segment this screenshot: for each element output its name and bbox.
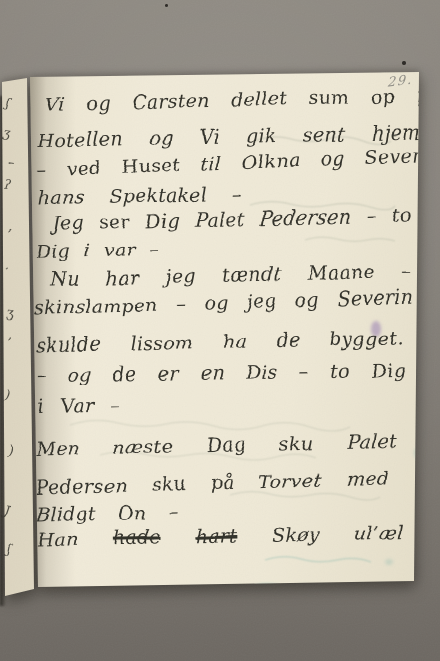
page-wrap: 29. Vi og Carsten dellet sum op påHotell… [0,0,440,661]
gutter-ink-mark: ʼ [5,336,11,351]
gutter-ink-mark: ʃ [6,542,12,557]
dust-speck [165,4,168,7]
gutter-ink-mark: – [7,156,16,172]
gutter-ink-mark: ʒ [2,126,11,142]
gutter-ink-mark: ʔ [3,178,12,194]
gutter-ink-mark: J [3,504,10,520]
gutter-ink-mark: · [4,262,10,277]
dust-speck [402,61,406,65]
gutter-ink-mark: ) [7,444,14,460]
gutter-ink-mark: ʒ [6,306,15,322]
gutter-ink-mark: ʼ [5,228,11,243]
gutter-ink-mark: ) [4,388,11,404]
notebook-photo: 29. Vi og Carsten dellet sum op påHotell… [0,0,440,661]
gutter-ink-marks: ʃʒ–ʔʼ·ʒʼ))Jʃ [0,0,440,661]
gutter-ink-mark: ʃ [5,96,11,111]
